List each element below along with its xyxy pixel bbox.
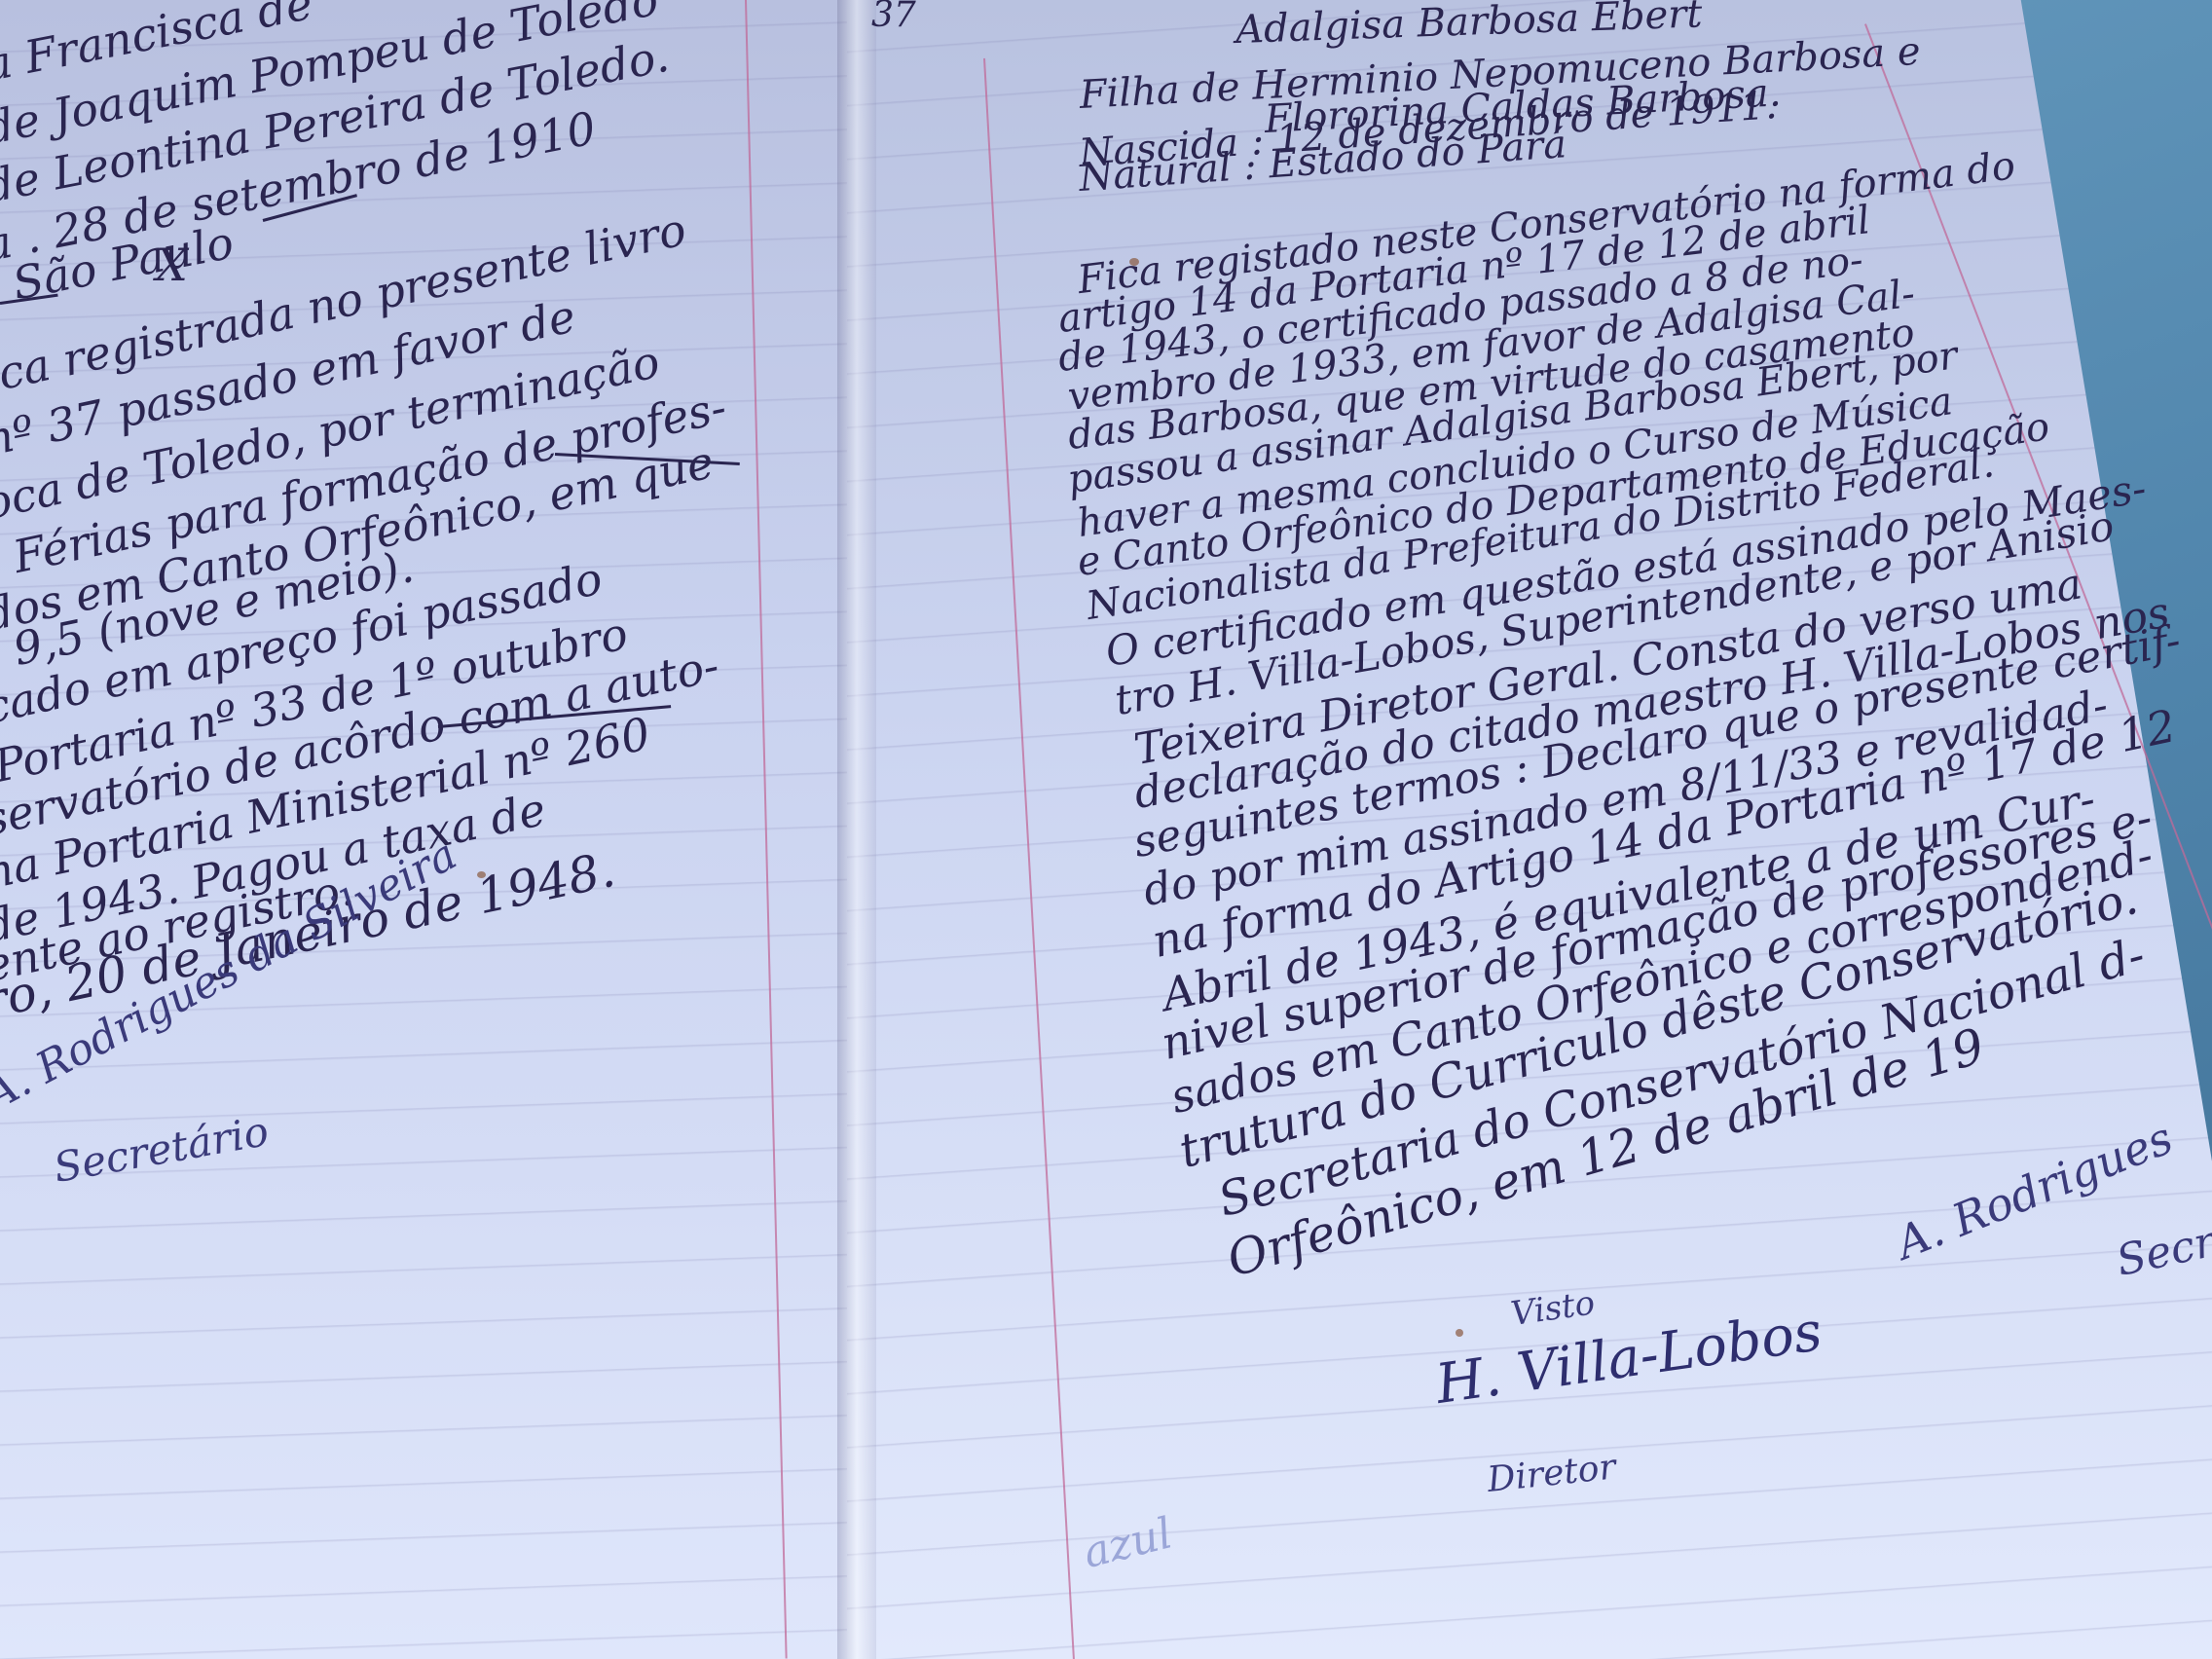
separator-mark: X xyxy=(156,239,188,291)
ink-stain xyxy=(1456,1329,1463,1337)
page-number: 37 xyxy=(871,0,916,35)
register-book-photo: a Francisca de de Joaquim Pompeu de Tole… xyxy=(0,0,2212,1659)
book-gutter xyxy=(837,0,876,1659)
ink-stain xyxy=(477,871,486,878)
ink-stain xyxy=(1129,258,1139,266)
